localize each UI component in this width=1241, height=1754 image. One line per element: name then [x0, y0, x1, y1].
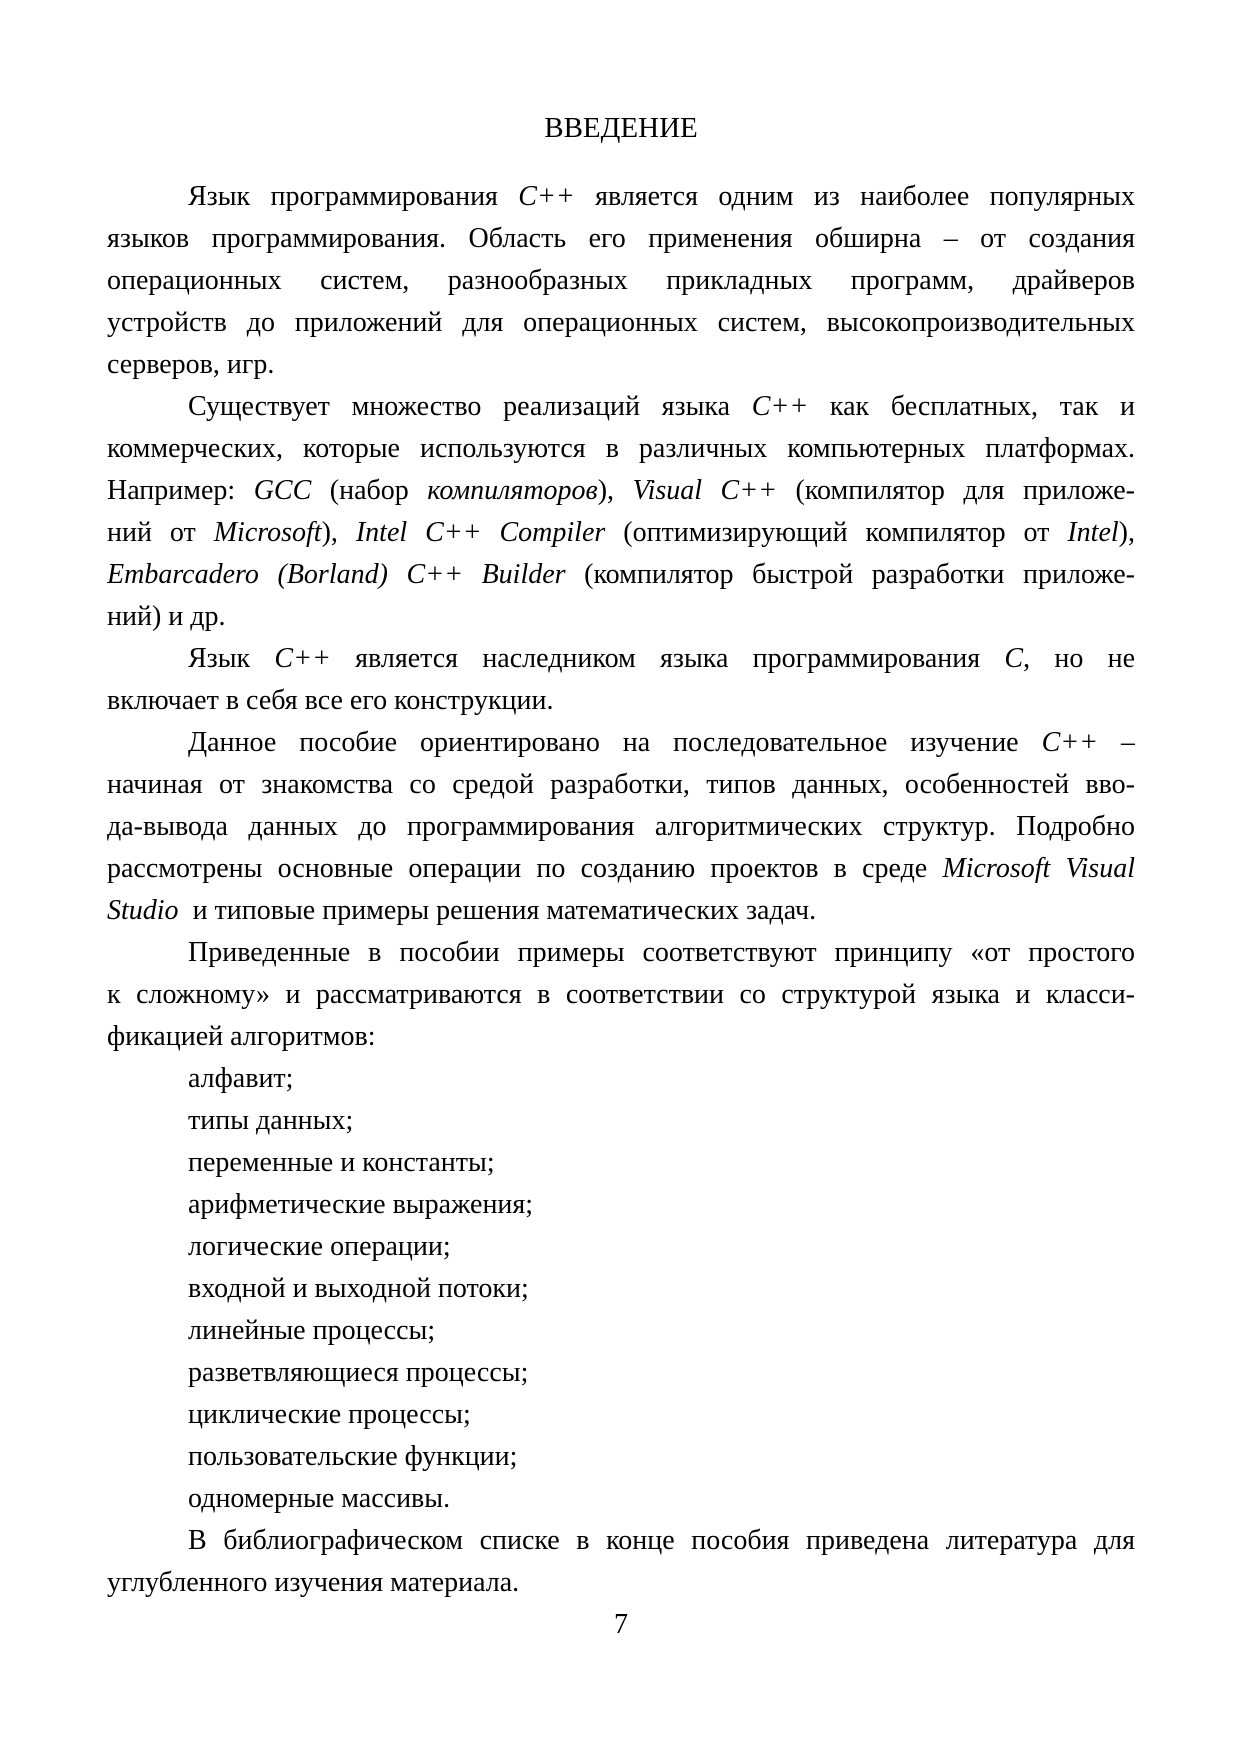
text-line: включает в себя все его конструкции. — [107, 680, 1135, 722]
text-line: фикацией алгоритмов: — [107, 1016, 1135, 1058]
text-line: операционных систем, разнообразных прикл… — [107, 260, 1135, 302]
text-line: углубленного изучения материала. — [107, 1562, 1135, 1604]
text-line: Например: GCC (набор компиляторов), Visu… — [107, 470, 1135, 512]
text-line: Studio и типовые примеры решения математ… — [107, 890, 1135, 932]
text-line: логические операции; — [107, 1226, 1135, 1268]
text-line: В библиографическом списке в конце пособ… — [107, 1520, 1135, 1562]
text-line: да-вывода данных до программирования алг… — [107, 806, 1135, 848]
text-line: одномерные массивы. — [107, 1478, 1135, 1520]
text-line: начиная от знакомства со средой разработ… — [107, 764, 1135, 806]
text-line: линейные процессы; — [107, 1310, 1135, 1352]
text-line: Данное пособие ориентировано на последов… — [107, 722, 1135, 764]
text-line: циклические процессы; — [107, 1394, 1135, 1436]
text-line: разветвляющиеся процессы; — [107, 1352, 1135, 1394]
text-line: языков программирования. Область его при… — [107, 218, 1135, 260]
text-line: устройств до приложений для операционных… — [107, 302, 1135, 344]
text-line: Приведенные в пособии примеры соответств… — [107, 932, 1135, 974]
text-line: входной и выходной потоки; — [107, 1268, 1135, 1310]
text-line: Язык C++ является наследником языка прог… — [107, 638, 1135, 680]
text-line: коммерческих, которые используются в раз… — [107, 428, 1135, 470]
text-line: алфавит; — [107, 1058, 1135, 1100]
text-line: пользовательские функции; — [107, 1436, 1135, 1478]
page-number: 7 — [107, 1604, 1135, 1646]
text-line: Embarcadero (Borland) C++ Builder (компи… — [107, 554, 1135, 596]
text-block: Язык программирования C++ является одним… — [107, 176, 1135, 1604]
text-line: арифметические выражения; — [107, 1184, 1135, 1226]
text-line: к сложному» и рассматриваются в соответс… — [107, 974, 1135, 1016]
page-title: ВВЕДЕНИЕ — [107, 107, 1135, 149]
text-line: Язык программирования C++ является одним… — [107, 176, 1135, 218]
text-line: ний от Microsoft), Intel C++ Compiler (о… — [107, 512, 1135, 554]
text-line: переменные и константы; — [107, 1142, 1135, 1184]
text-line: рассмотрены основные операции по создани… — [107, 848, 1135, 890]
text-line: Существует множество реализаций языка C+… — [107, 386, 1135, 428]
text-line: ний) и др. — [107, 596, 1135, 638]
text-line: серверов, игр. — [107, 344, 1135, 386]
text-line: типы данных; — [107, 1100, 1135, 1142]
document-page: ВВЕДЕНИЕ Язык программирования C++ являе… — [0, 0, 1241, 1754]
